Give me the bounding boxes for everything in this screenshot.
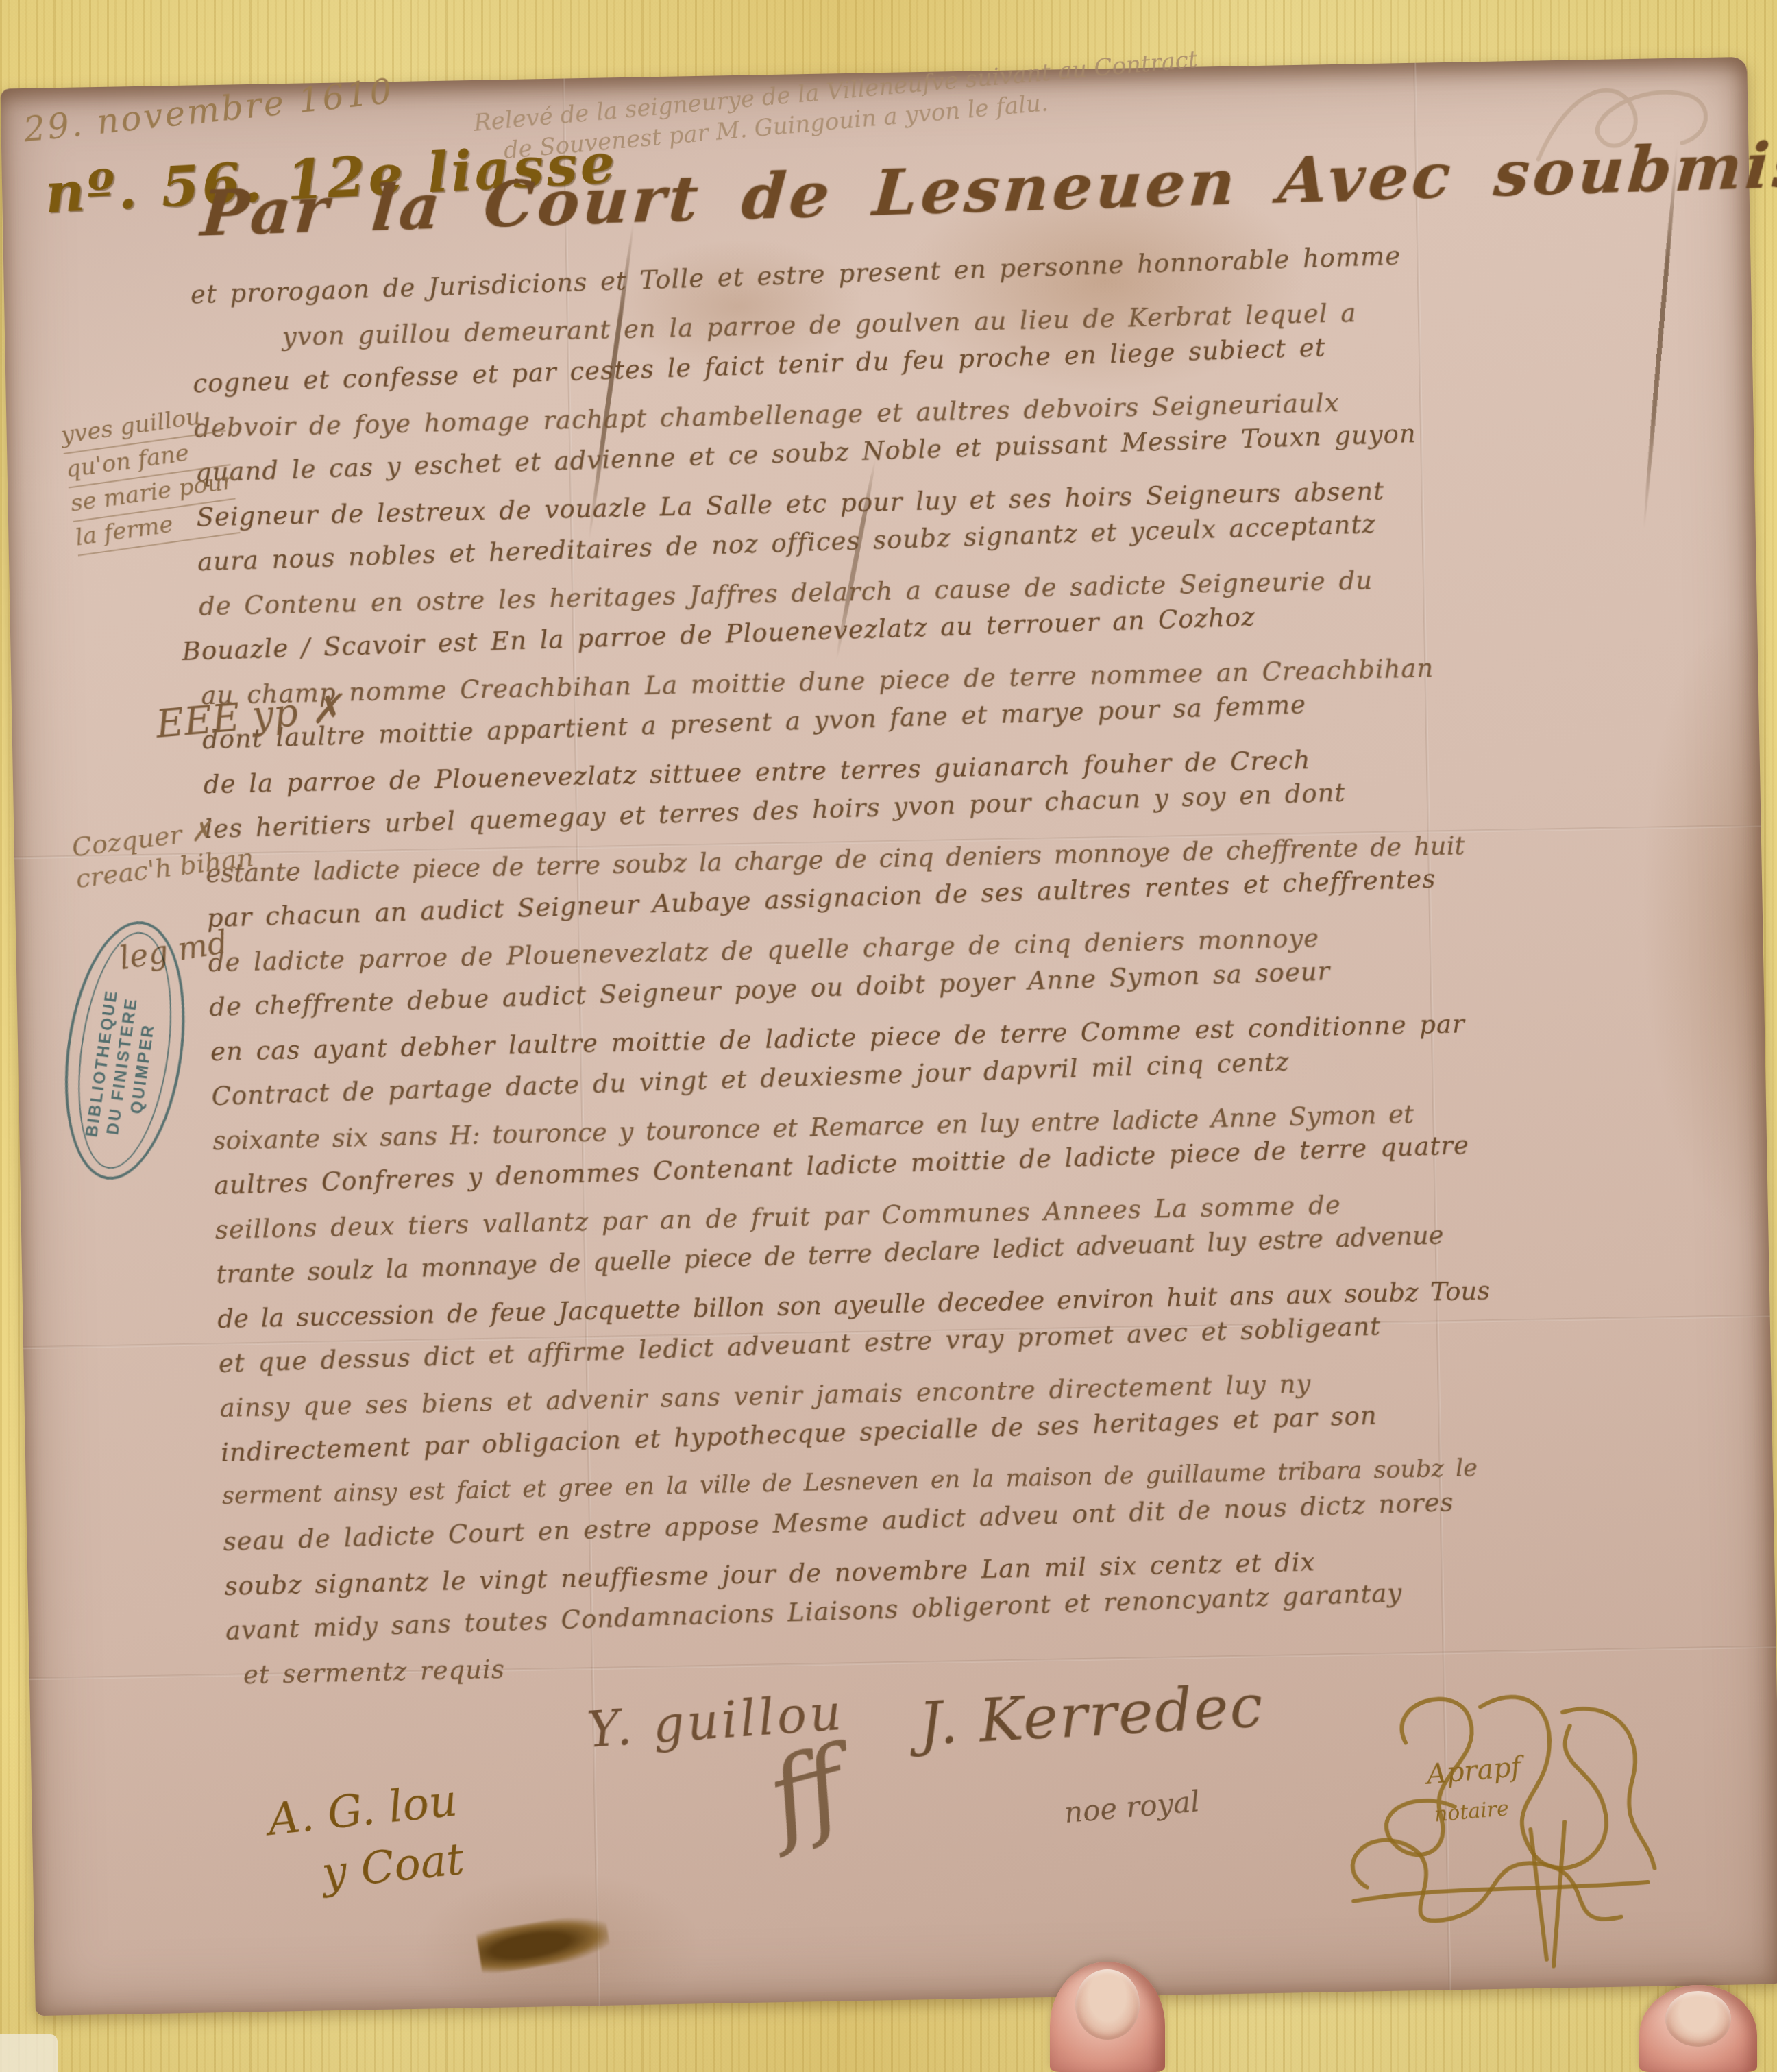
library-oval-stamp: BIBLIOTHEQUE DU FINISTERE QUIMPER	[50, 914, 200, 1188]
parchment-sheet: 29. novembre 1610 nº. 56. 12e liasse Rel…	[0, 57, 1777, 2016]
fingernail	[1075, 1969, 1140, 2040]
fingernail	[1665, 1991, 1731, 2047]
manuscript-body-text: et prorogaon de Jurisdicions et Tolle et…	[191, 239, 1777, 1705]
signature-witness: A. G. lou y Coat	[265, 1771, 467, 1908]
photo-of-manuscript: { "document": { "archive_date_note": "29…	[0, 0, 1777, 2072]
ink-blot	[476, 1912, 611, 1975]
notary-paraph-flourish: Aprapf notaire	[1322, 1655, 1671, 1984]
signature-notary-royal-title: noe royal	[1063, 1784, 1201, 1829]
margin-note-guillou: yves guillouqu'on fanese marie pourla fe…	[59, 398, 241, 557]
signature-party-paraph: ff	[756, 1726, 857, 1860]
table-light-patch	[0, 2034, 58, 2072]
faint-corner-flourish	[1516, 53, 1724, 194]
